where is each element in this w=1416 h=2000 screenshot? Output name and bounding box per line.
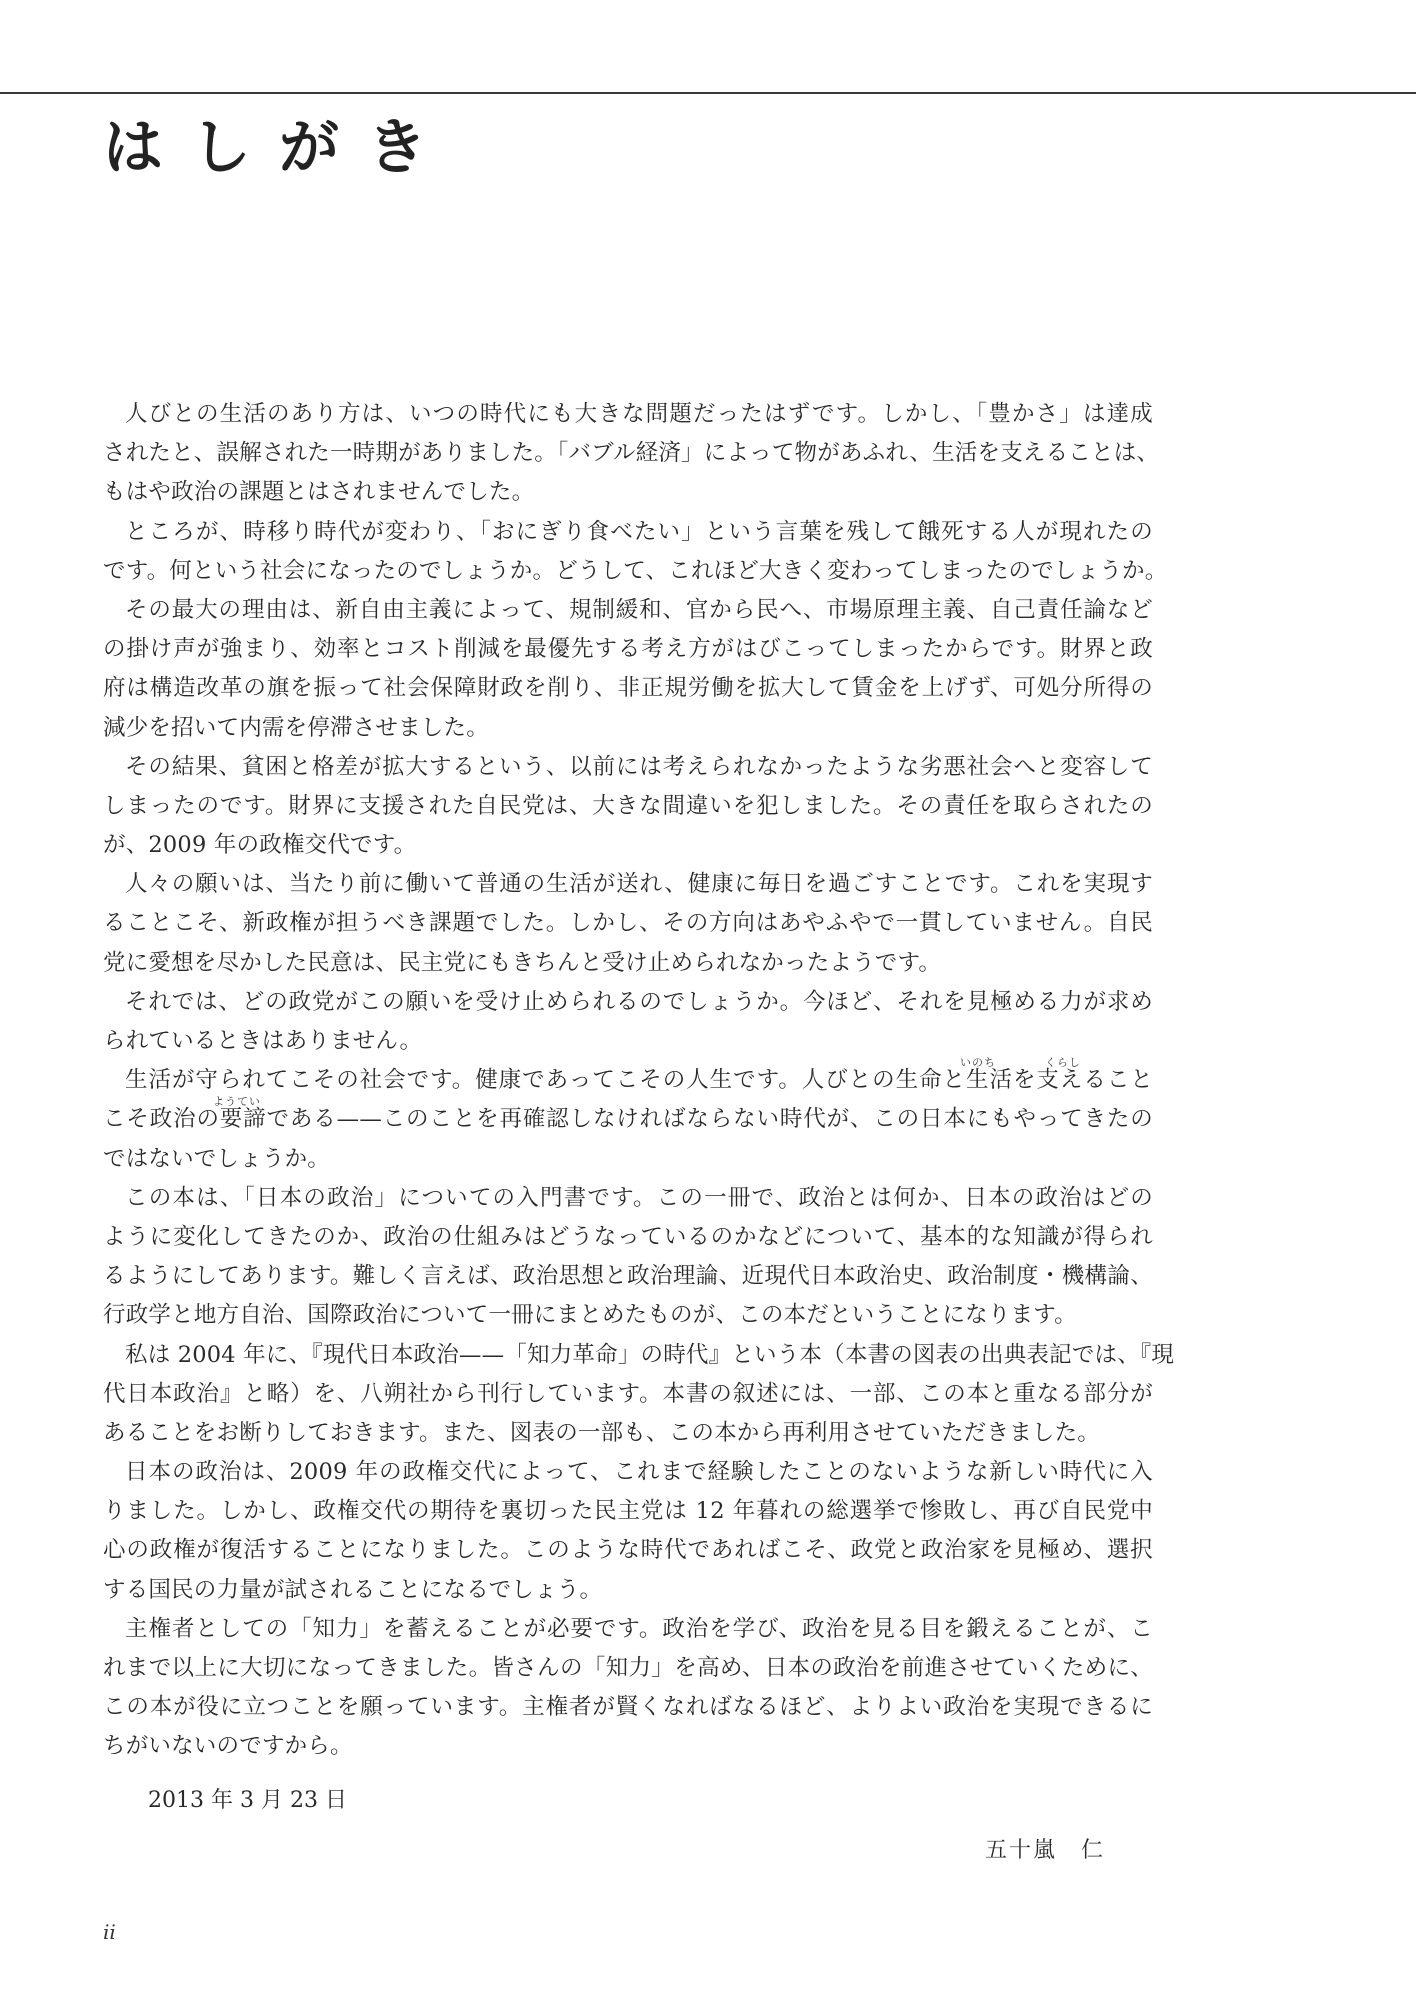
- paragraph: 私は 2004 年に、『現代日本政治——「知力革命」の時代』という本（本書の図表…: [103, 1336, 1153, 1454]
- text-line: ちがいないのですから。: [103, 1727, 1153, 1766]
- text-line: の掛け声が強まり、効率とコスト削減を最優先する考え方がはびこってしまったからです…: [103, 630, 1153, 669]
- text-line: それでは、どの政党がこの願いを受け止められるのでしょうか。今ほど、それを見極める…: [103, 983, 1153, 1022]
- text-line: 減少を招いて内需を停滞させました。: [103, 709, 1153, 748]
- paragraph: その最大の理由は、新自由主義によって、規制緩和、官から民へ、市場原理主義、自己責…: [103, 591, 1153, 748]
- paragraph: ところが、時移り時代が変わり、「おにぎり食べたい」という言葉を残して餓死する人が…: [103, 513, 1153, 591]
- text-line: ではないでしょうか。: [103, 1140, 1153, 1179]
- text-line: する国民の力量が試されることになるでしょう。: [103, 1571, 1153, 1610]
- text-line: 日本の政治は、2009 年の政権交代によって、これまで経験したことのないような新…: [103, 1453, 1153, 1492]
- text-line: 党に愛想を尽かした民意は、民主党にもきちんと受け止められなかったようです。: [103, 944, 1153, 983]
- text-line: されたと、誤解された一時期がありました。「バブル経済」によって物があふれ、生活を…: [103, 434, 1153, 473]
- preface-date: 2013 年 3 月 23 日: [148, 1783, 347, 1814]
- text-line: もはや政治の課題とはされませんでした。: [103, 473, 1153, 512]
- paragraph: 生活が守られてこその社会です。健康であってこその人生です。人びとの生命と生活を支…: [103, 1061, 1153, 1179]
- text-line: 行政学と地方自治、国際政治について一冊にまとめたものが、この本だということになり…: [103, 1296, 1153, 1335]
- text-line: ところが、時移り時代が変わり、「おにぎり食べたい」という言葉を残して餓死する人が…: [103, 513, 1153, 552]
- paragraph: 人々の願いは、当たり前に働いて普通の生活が送れ、健康に毎日を過ごすことです。これ…: [103, 865, 1153, 983]
- preface-body: 人びとの生活のあり方は、いつの時代にも大きな問題だったはずです。しかし、「豊かさ…: [103, 395, 1153, 1767]
- text-line: この本は、「日本の政治」についての入門書です。この一冊で、政治とは何か、日本の政…: [103, 1179, 1153, 1218]
- paragraph: それでは、どの政党がこの願いを受け止められるのでしょうか。今ほど、それを見極める…: [103, 983, 1153, 1061]
- ruby-annotation: ようてい: [213, 1096, 261, 1108]
- text-line: るようにしてあります。難しく言えば、政治思想と政治理論、近現代日本政治史、政治制…: [103, 1257, 1153, 1296]
- paragraph: 人びとの生活のあり方は、いつの時代にも大きな問題だったはずです。しかし、「豊かさ…: [103, 395, 1153, 513]
- text-line: しまったのです。財界に支援された自民党は、大きな間違いを犯しました。その責任を取…: [103, 787, 1153, 826]
- paragraph: 日本の政治は、2009 年の政権交代によって、これまで経験したことのないような新…: [103, 1453, 1153, 1610]
- text-line: この本が役に立つことを願っています。主権者が賢くなればなるほど、よりよい政治を実…: [103, 1688, 1153, 1727]
- text-line: その結果、貧困と格差が拡大するという、以前には考えられなかったような劣悪社会へと…: [103, 748, 1153, 787]
- paragraph: その結果、貧困と格差が拡大するという、以前には考えられなかったような劣悪社会へと…: [103, 748, 1153, 866]
- text-line: ように変化してきたのか、政治の仕組みはどうなっているのかなどについて、基本的な知…: [103, 1218, 1153, 1257]
- text-line: 代日本政治』と略）を、八朔社から刊行しています。本書の叙述には、一部、この本と重…: [103, 1375, 1153, 1414]
- text-line: こそ政治の要諦である——このことを再確認しなければならない時代が、この日本にもや…: [103, 1100, 1153, 1139]
- text-line: れまで以上に大切になってきました。皆さんの「知力」を高め、日本の政治を前進させて…: [103, 1649, 1153, 1688]
- text-line: 私は 2004 年に、『現代日本政治——「知力革命」の時代』という本（本書の図表…: [103, 1336, 1153, 1375]
- text-line: あることをお断りしておきます。また、図表の一部も、この本から再利用させていただき…: [103, 1414, 1153, 1453]
- text-line: 主権者としての「知力」を蓄えることが必要です。政治を学び、政治を見る目を鍛えるこ…: [103, 1610, 1153, 1649]
- page-title: はしがき: [103, 108, 455, 188]
- text-line: 心の政権が復活することになりました。このような時代であればこそ、政党と政治家を見…: [103, 1531, 1153, 1570]
- paragraph: 主権者としての「知力」を蓄えることが必要です。政治を学び、政治を見る目を鍛えるこ…: [103, 1610, 1153, 1767]
- preface-author: 五十嵐 仁: [985, 1833, 1105, 1864]
- text-line: 府は構造改革の旗を振って社会保障財政を削り、非正規労働を拡大して賃金を上げず、可…: [103, 669, 1153, 708]
- ruby-annotation: いのち: [960, 1057, 996, 1069]
- paragraph: この本は、「日本の政治」についての入門書です。この一冊で、政治とは何か、日本の政…: [103, 1179, 1153, 1336]
- text-line: が、2009 年の政権交代です。: [103, 826, 1153, 865]
- text-line: ることこそ、新政権が担うべき課題でした。しかし、その方向はあやふやで一貫していま…: [103, 904, 1153, 943]
- header-rule: [0, 92, 1416, 94]
- text-line: です。何という社会になったのでしょうか。どうして、これほど大きく変わってしまった…: [103, 552, 1153, 591]
- ruby-annotation: くらし: [1045, 1057, 1081, 1069]
- text-line: りました。しかし、政権交代の期待を裏切った民主党は 12 年暮れの総選挙で惨敗し…: [103, 1492, 1153, 1531]
- page-number: ii: [103, 1920, 116, 1944]
- text-line: 人々の願いは、当たり前に働いて普通の生活が送れ、健康に毎日を過ごすことです。これ…: [103, 865, 1153, 904]
- text-line: その最大の理由は、新自由主義によって、規制緩和、官から民へ、市場原理主義、自己責…: [103, 591, 1153, 630]
- text-line: 人びとの生活のあり方は、いつの時代にも大きな問題だったはずです。しかし、「豊かさ…: [103, 395, 1153, 434]
